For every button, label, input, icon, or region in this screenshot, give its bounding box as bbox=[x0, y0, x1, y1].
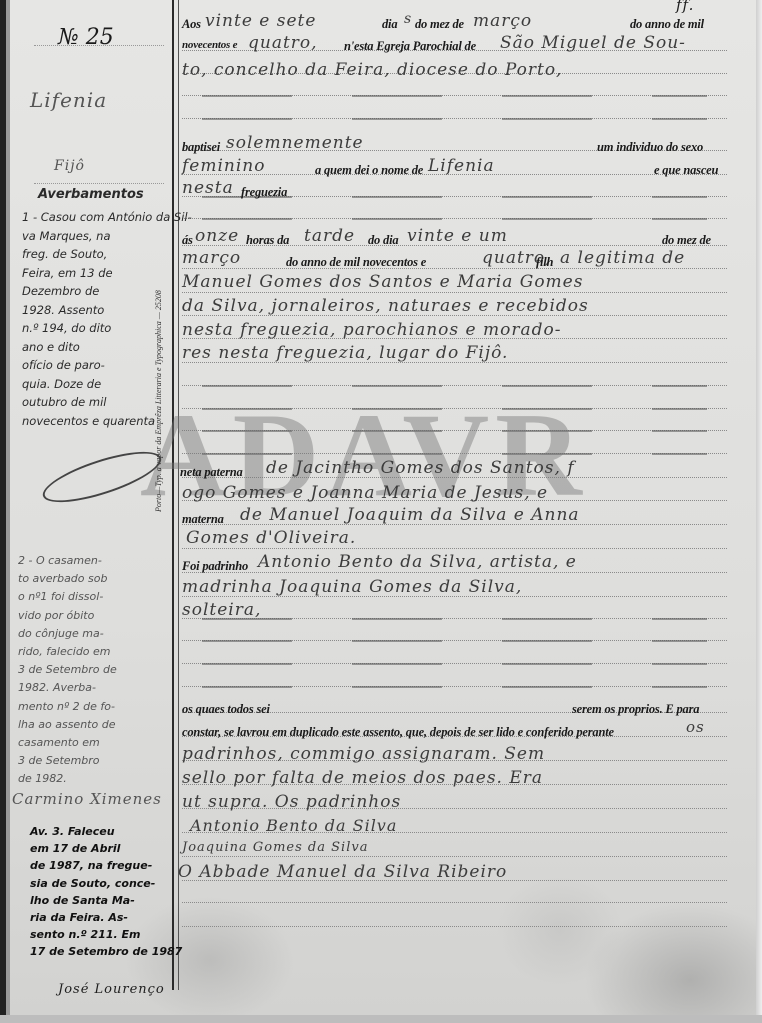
handwritten-closing: ut supra. Os padrinhos bbox=[182, 792, 401, 812]
handwritten-birth-month: março bbox=[182, 248, 241, 268]
handwritten-location: to, concelho da Feira, diocese do Porto, bbox=[182, 60, 562, 80]
printed-text: neta paterna bbox=[180, 465, 243, 480]
printed-text: um individuo do sexo bbox=[597, 140, 703, 155]
handwritten-godmother: madrinha Joaquina Gomes da Silva, bbox=[182, 577, 522, 597]
handwritten-text: os bbox=[686, 718, 705, 736]
printed-text: materna bbox=[182, 512, 224, 527]
handwritten-day: vinte e sete bbox=[205, 11, 316, 31]
handwritten-child-name: Lifenia bbox=[428, 156, 495, 176]
printed-text: serem os proprios. E para bbox=[572, 702, 699, 717]
printed-text: baptisei bbox=[182, 140, 220, 155]
handwritten-residence: nesta freguezia, parochianos e morado- bbox=[182, 320, 562, 340]
printed-text: constar, se lavrou em duplicado este ass… bbox=[182, 725, 614, 740]
folio-mark: ff. bbox=[676, 0, 694, 14]
printed-text: horas da bbox=[246, 233, 289, 248]
printed-text: do mez de bbox=[662, 233, 711, 248]
annotation-3-signature: José Lourenço bbox=[58, 982, 165, 997]
printed-text: os quaes todos sei bbox=[182, 702, 270, 717]
handwritten-text: solemnemente bbox=[226, 133, 364, 153]
handwritten-period: tarde bbox=[304, 226, 355, 246]
handwritten-text: a legitima de bbox=[560, 248, 685, 268]
margin-place: Fijô bbox=[54, 158, 85, 174]
printed-text: novecentos e bbox=[182, 39, 237, 51]
handwritten-text: nesta bbox=[182, 178, 234, 198]
signature-priest: O Abbade Manuel da Silva Ribeiro bbox=[178, 862, 507, 882]
signature-godmother: Joaquina Gomes da Silva bbox=[182, 840, 368, 855]
entry-number: № 25 bbox=[58, 25, 114, 50]
handwritten-month: março bbox=[473, 11, 532, 31]
annotation-2: 2 - O casamen- to averbado sob o nº1 foi… bbox=[18, 552, 117, 789]
printed-text: filh bbox=[536, 255, 553, 270]
signature-godfather: Antonio Bento da Silva bbox=[190, 816, 397, 835]
handwritten-paternal-grandparents-cont: ogo Gomes e Joanna Maria de Jesus, e bbox=[182, 483, 548, 503]
annotation-2-signature: Carmino Ximenes bbox=[12, 790, 162, 808]
printed-text: Foi padrinho bbox=[182, 559, 248, 574]
handwritten-residence-place: res nesta freguezia, lugar do Fijô. bbox=[182, 343, 508, 363]
handwritten-text: s bbox=[404, 11, 412, 27]
handwritten-parish: São Miguel de Sou- bbox=[500, 33, 686, 53]
printed-text: e que nasceu bbox=[654, 163, 718, 178]
handwritten-closing: sello por falta de meios dos paes. Era bbox=[182, 768, 543, 788]
page-bottom-edge bbox=[0, 1015, 762, 1023]
printed-text: ás bbox=[182, 233, 193, 248]
handwritten-maternal-grandparents: de Manuel Joaquim da Silva e Anna bbox=[240, 505, 580, 525]
handwritten-hour: onze bbox=[195, 226, 239, 246]
printed-text: freguezia bbox=[241, 185, 287, 200]
handwritten-sex: feminino bbox=[182, 156, 265, 176]
printed-text: do anno de mil novecentos e bbox=[286, 255, 426, 270]
handwritten-paternal-grandparents: de Jacintho Gomes dos Santos, f bbox=[266, 458, 575, 478]
printed-text: Aos bbox=[182, 17, 201, 32]
printed-text: dia bbox=[382, 17, 397, 32]
handwritten-text: solteira, bbox=[182, 600, 261, 620]
annotation-3: Av. 3. Faleceu em 17 de Abril de 1987, n… bbox=[30, 823, 182, 961]
page-edge bbox=[756, 0, 762, 1023]
printed-text: do mez de bbox=[415, 17, 464, 32]
printed-text: a quem dei o nome de bbox=[315, 163, 423, 178]
margin-child-name: Lifenia bbox=[30, 88, 107, 112]
binding-shadow bbox=[6, 0, 10, 1023]
annotation-1: 1 - Casou com António da Sil- va Marques… bbox=[22, 208, 192, 430]
handwritten-maternal-grandparents-cont: Gomes d'Oliveira. bbox=[186, 528, 356, 548]
handwritten-parents: Manuel Gomes dos Santos e Maria Gomes bbox=[182, 272, 583, 292]
printed-text: n'esta Egreja Parochial de bbox=[344, 39, 476, 54]
handwritten-birth-day: vinte e um bbox=[407, 226, 508, 246]
handwritten-year: quatro, bbox=[248, 33, 318, 53]
handwritten-closing: padrinhos, commigo assignaram. Sem bbox=[182, 744, 545, 764]
register-page: ADAVR ff. Porto—Typ. a vapor da Emprêza … bbox=[0, 0, 762, 1023]
handwritten-parents-origin: da Silva, jornaleiros, naturaes e recebi… bbox=[182, 296, 589, 316]
printed-text: do dia bbox=[368, 233, 398, 248]
annotations-heading: Averbamentos bbox=[38, 186, 144, 205]
printed-text: do anno de mil bbox=[630, 17, 704, 32]
handwritten-godfather: Antonio Bento da Silva, artista, e bbox=[258, 552, 577, 572]
